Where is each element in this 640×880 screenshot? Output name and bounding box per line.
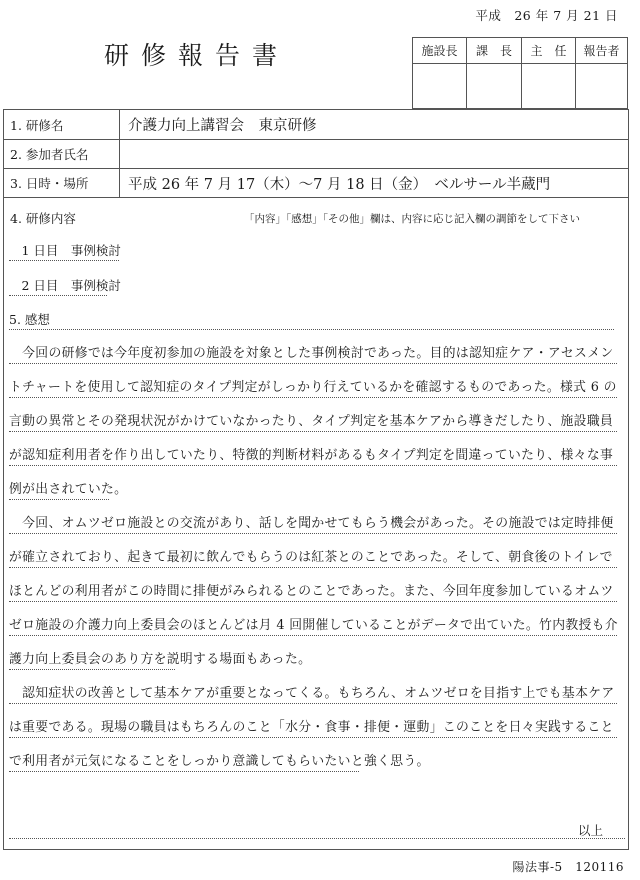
impression-line: 例が出されていた。 [9,481,109,500]
impression-line: 今回、オムツゼロ施設との交流があり、話しを聞かせてもらう機会があった。その施設で… [9,515,617,534]
report-form: 1. 研修名 介護力向上講習会 東京研修 2. 参加者氏名 3. 日時・場所 平… [3,109,629,850]
field-label-training-name: 1. 研修名 [10,110,63,139]
section-instruction-note: 「内容」「感想」「その他」欄は、内容に応じ記入欄の調節をして下さい [244,211,580,226]
section-impressions-label: 5. 感想 [9,311,614,330]
document-title: 研修報告書 [104,36,289,72]
closing-text: 以上 [578,821,603,839]
stamp-cell-section-chief[interactable] [467,64,522,108]
stamp-cell-supervisor[interactable] [522,64,576,108]
field-row-training-name: 1. 研修名 介護力向上講習会 東京研修 [4,110,628,140]
impression-line: 今回の研修では今年度初参加の施設を対象とした事例検討であった。目的は認知症ケア・… [9,345,617,364]
impression-line: 護力向上委員会のあり方を説明する場面もあった。 [9,651,175,670]
stamp-header-supervisor: 主 任 [522,38,576,64]
stamp-cell-facility-director[interactable] [413,64,467,108]
closing-line: 以上 [9,819,625,839]
impression-line: ゼロ施設の介護力向上委員会のほとんどは月 4 回開催していることがデータで出てい… [9,617,617,636]
field-row-participant: 2. 参加者氏名 [4,140,628,169]
field-label-participant: 2. 参加者氏名 [10,140,88,168]
form-code: 陽法事-5 120116 [513,858,625,875]
report-date: 平成 26 年 7 月 21 日 [475,6,618,24]
section-training-content-label: 4. 研修内容 [10,209,76,227]
field-value-datetime-place[interactable]: 平成 26 年 7 月 17（木）～7 月 18 日（金） ベルサール半蔵門 [119,169,628,197]
impression-line: 認知症状の改善として基本ケアが重要となってくる。もちろん、オムツゼロを目指す上で… [9,685,617,704]
impression-line: 言動の異常とその発現状況がかけていなかったり、タイプ判定を基本ケアから導きだした… [9,413,617,432]
impression-line: が認知症利用者を作り出していたり、特徴的判断材料があるもタイプ判定を間違っていた… [9,447,617,466]
field-label-datetime-place: 3. 日時・場所 [10,169,88,197]
impression-line: が確立されており、起きて最初に飲んでもらうのは紅茶とのことであった。そして、朝食… [9,549,617,568]
impression-line: は重要である。現場の職員はもちろんのこと「水分・食事・排便・運動」このことを日々… [9,719,617,738]
impression-line: で利用者が元気になることをしっかり意識してもらいたいと強く思う。 [9,753,359,772]
field-row-datetime-place: 3. 日時・場所 平成 26 年 7 月 17（木）～7 月 18 日（金） ベ… [4,169,628,198]
impression-line: トチャートを使用して認知症のタイプ判定がしっかり行えているかを確認するものであっ… [9,379,617,398]
impression-line: ほとんどの利用者がこの時間に排便がみられるとのことであった。また、今回年度参加し… [9,583,617,602]
approval-stamp-box: 施設長 課 長 主 任 報告者 [412,37,628,109]
stamp-header-reporter: 報告者 [576,38,627,64]
stamp-header-facility-director: 施設長 [413,38,467,64]
stamp-cell-reporter[interactable] [576,64,627,108]
content-item-day2[interactable]: 2 日目 事例検討 [9,277,107,296]
stamp-header-section-chief: 課 長 [467,38,522,64]
content-item-day1[interactable]: 1 日目 事例検討 [9,242,119,261]
field-value-training-name[interactable]: 介護力向上講習会 東京研修 [119,110,628,139]
field-value-participant[interactable] [119,140,628,168]
